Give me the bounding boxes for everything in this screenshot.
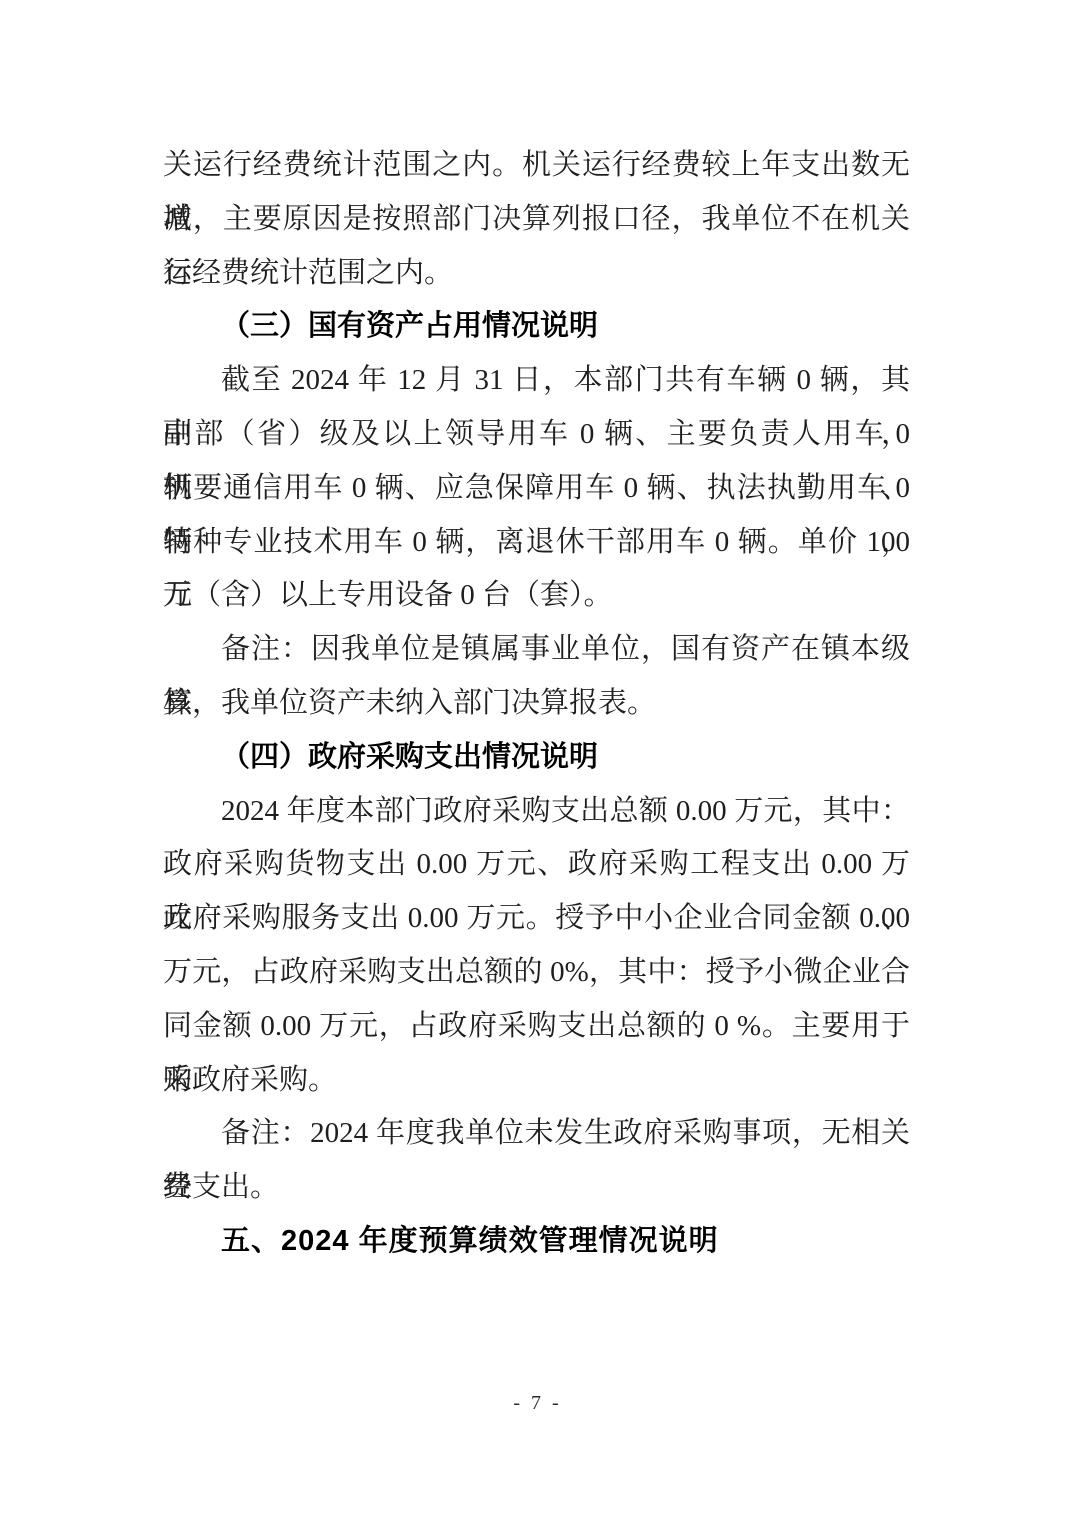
body-line: 同金额 0.00 万元，占政府采购支出总额的 0 %。主要用于采 xyxy=(163,1000,910,1054)
document-body: 关运行经费统计范围之内。机关运行经费较上年支出数无增 减，主要原因是按照部门决算… xyxy=(163,139,910,1269)
body-line: 行经费统计范围之内。 xyxy=(163,247,910,301)
section-heading-5: 五、2024 年度预算绩效管理情况说明 xyxy=(163,1215,910,1269)
body-line: 算，我单位资产未纳入部门决算报表。 xyxy=(163,677,910,731)
body-line-note: 备注：2024 年度我单位未发生政府采购事项，无相关经 xyxy=(163,1107,910,1161)
body-line: 购政府采购。 xyxy=(163,1054,910,1108)
document-page: 关运行经费统计范围之内。机关运行经费较上年支出数无增 减，主要原因是按照部门决算… xyxy=(0,0,1075,1520)
body-line: 费支出。 xyxy=(163,1161,910,1215)
body-line: 元（含）以上专用设备 0 台（套）。 xyxy=(163,569,910,623)
section-heading-3: （三）国有资产占用情况说明 xyxy=(163,300,910,354)
body-line: 政府采购货物支出 0.00 万元、政府采购工程支出 0.00 万元、 xyxy=(163,838,910,892)
body-line: 关运行经费统计范围之内。机关运行经费较上年支出数无增 xyxy=(163,139,910,193)
body-line: 万元，占政府采购支出总额的 0%，其中：授予小微企业合 xyxy=(163,946,910,1000)
page-number: - 7 - xyxy=(0,1392,1075,1415)
body-line: 政府采购服务支出 0.00 万元。授予中小企业合同金额 0.00 xyxy=(163,892,910,946)
section-heading-4: （四）政府采购支出情况说明 xyxy=(163,731,910,785)
body-line: 机要通信用车 0 辆、应急保障用车 0 辆、执法执勤用车 0 辆， xyxy=(163,462,910,516)
body-line-note: 备注：因我单位是镇属事业单位，国有资产在镇本级核 xyxy=(163,623,910,677)
body-line: 2024 年度本部门政府采购支出总额 0.00 万元，其中： xyxy=(163,785,910,839)
body-line: 截至 2024 年 12 月 31 日，本部门共有车辆 0 辆，其中， xyxy=(163,354,910,408)
body-line: 副部（省）级及以上领导用车 0 辆、主要负责人用车 0 辆、 xyxy=(163,408,910,462)
body-line: 减，主要原因是按照部门决算列报口径，我单位不在机关运 xyxy=(163,193,910,247)
body-line: 特种专业技术用车 0 辆，离退休干部用车 0 辆。单价 100 万 xyxy=(163,516,910,570)
